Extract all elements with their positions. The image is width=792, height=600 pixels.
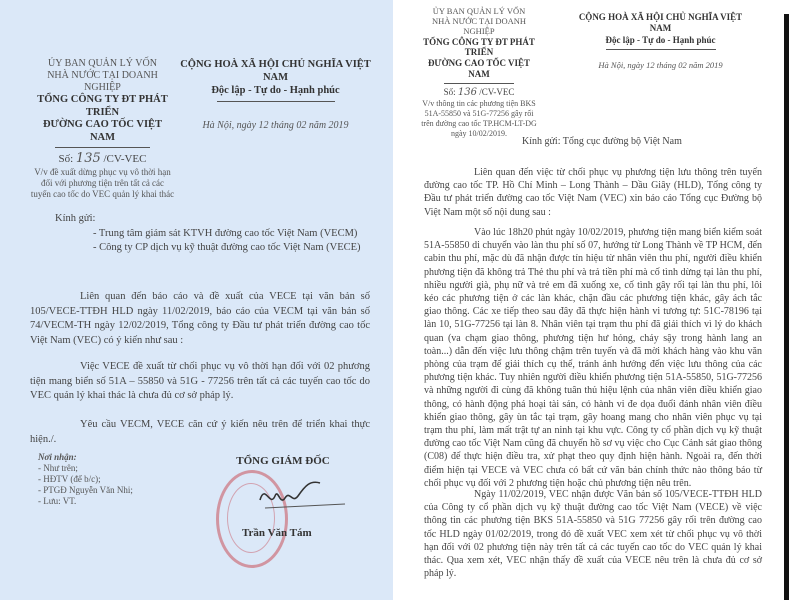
handwritten-number: 136 bbox=[458, 87, 477, 98]
motto-underline bbox=[606, 49, 716, 50]
body-paragraph: Liên quan đến việc từ chối phục vụ phươn… bbox=[424, 166, 762, 219]
agency-line-1: ỦY BAN QUẢN LÝ VỐN bbox=[30, 58, 175, 70]
national-motto: Độc lập - Tự do - Hạnh phúc bbox=[568, 35, 753, 46]
header-divider bbox=[55, 147, 150, 148]
cc-list: Nơi nhận: - Như trên; - HĐTV (để b/c); -… bbox=[38, 452, 158, 507]
cc-item: - Lưu: VT. bbox=[38, 496, 158, 507]
handwritten-number: 135 bbox=[76, 151, 101, 166]
header-divider bbox=[444, 83, 514, 84]
cc-item: - PTGĐ Nguyễn Văn Nhi; bbox=[38, 485, 158, 496]
recipient-item: - Công ty CP dịch vụ kỹ thuật đường cao … bbox=[55, 241, 365, 256]
signer-name: Trần Văn Tám bbox=[242, 527, 312, 539]
cc-item: - Như trên; bbox=[38, 463, 158, 474]
company-line-1: TỔNG CÔNG TY ĐT PHÁT TRIỂN bbox=[420, 37, 538, 59]
salutation: Kính gửi: Tổng cục đường bộ Việt Nam bbox=[522, 136, 682, 147]
official-letter-left: ỦY BAN QUẢN LÝ VỐN NHÀ NƯỚC TẠI DOANH NG… bbox=[0, 0, 393, 600]
agency-line-2: NHÀ NƯỚC TẠI DOANH NGHIỆP bbox=[30, 70, 175, 94]
national-header: CỘNG HOÀ XÃ HỘI CHỦ NGHĨA VIỆT NAM Độc l… bbox=[568, 12, 753, 70]
document-subject: V/v thông tin các phương tiện BKS 51A-55… bbox=[420, 99, 538, 139]
document-number: Số: 135 /CV-VEC bbox=[30, 151, 175, 167]
body-paragraph: Liên quan đến báo cáo và đề xuất của VEC… bbox=[30, 290, 370, 348]
official-letter-right: ỦY BAN QUẢN LÝ VỐN NHÀ NƯỚC TẠI DOANH NG… bbox=[400, 0, 792, 600]
issue-date: Hà Nội, ngày 12 tháng 02 năm 2019 bbox=[178, 120, 373, 133]
document-subject: V/v đề xuất dừng phục vụ vô thời hạn đối… bbox=[30, 167, 175, 201]
salutation: Kính gửi: bbox=[55, 212, 365, 227]
cc-label: Nơi nhận: bbox=[38, 452, 158, 463]
issue-date: Hà Nội, ngày 12 tháng 02 năm 2019 bbox=[568, 60, 753, 71]
issuer-header: ỦY BAN QUẢN LÝ VỐN NHÀ NƯỚC TẠI DOANH NG… bbox=[420, 6, 538, 139]
national-header: CỘNG HOÀ XÃ HỘI CHỦ NGHĨA VIỆT NAM Độc l… bbox=[178, 58, 373, 133]
body-paragraph: Việc VECE đề xuất từ chối phục vụ vô thờ… bbox=[30, 360, 370, 404]
body-paragraph: Yêu cầu VECM, VECE căn cứ ý kiến nêu trê… bbox=[30, 418, 370, 447]
signer-title: TỔNG GIÁM ĐỐC bbox=[228, 455, 338, 467]
agency-line-2: NHÀ NƯỚC TẠI DOANH NGHIỆP bbox=[420, 16, 538, 36]
body-paragraph: Ngày 11/02/2019, VEC nhận được Văn bản s… bbox=[424, 488, 762, 580]
nation-title: CỘNG HOÀ XÃ HỘI CHỦ NGHĨA VIỆT NAM bbox=[568, 12, 753, 35]
company-line-2: ĐƯỜNG CAO TỐC VIỆT NAM bbox=[30, 119, 175, 144]
nation-title: CỘNG HOÀ XÃ HỘI CHỦ NGHĨA VIỆT NAM bbox=[178, 58, 373, 84]
issuer-header: ỦY BAN QUẢN LÝ VỐN NHÀ NƯỚC TẠI DOANH NG… bbox=[30, 58, 175, 201]
national-motto: Độc lập - Tự do - Hạnh phúc bbox=[178, 84, 373, 97]
company-line-2: ĐƯỜNG CAO TỐC VIỆT NAM bbox=[420, 58, 538, 80]
cc-item: - HĐTV (để b/c); bbox=[38, 474, 158, 485]
recipient-item: - Trung tâm giám sát KTVH đường cao tốc … bbox=[55, 227, 365, 242]
body-paragraph: Vào lúc 18h20 phút ngày 10/02/2019, phươ… bbox=[424, 226, 762, 490]
document-number: Số: 136 /CV-VEC bbox=[420, 87, 538, 99]
agency-line-1: ỦY BAN QUẢN LÝ VỐN bbox=[420, 6, 538, 16]
signature-icon bbox=[250, 478, 350, 518]
salutation-block: Kính gửi: - Trung tâm giám sát KTVH đườn… bbox=[55, 212, 365, 256]
motto-underline bbox=[217, 101, 335, 102]
scan-edge-bar bbox=[784, 14, 789, 600]
company-line-1: TỔNG CÔNG TY ĐT PHÁT TRIỂN bbox=[30, 94, 175, 119]
